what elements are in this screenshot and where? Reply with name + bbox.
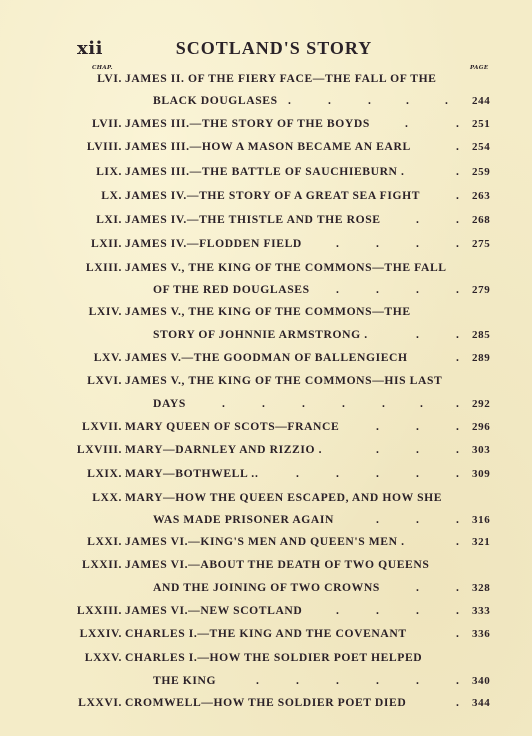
- dot-leader: .: [342, 396, 346, 412]
- dot-leader: .: [406, 93, 410, 109]
- dot-leader: .: [456, 442, 460, 458]
- chapter-title: JAMES IV.—THE STORY OF A GREAT SEA FIGHT: [125, 188, 420, 204]
- dot-leader: .: [456, 236, 460, 252]
- dot-leader: .: [302, 396, 306, 412]
- chapter-title: STORY OF JOHNNIE ARMSTRONG .: [153, 327, 368, 343]
- chapter-numeral: LVIII.: [87, 139, 122, 155]
- chapter-title: JAMES III.—HOW A MASON BECAME AN EARL: [125, 139, 411, 155]
- dot-leader: .: [376, 512, 380, 528]
- dot-leader: .: [416, 442, 420, 458]
- dot-leader: .: [376, 282, 380, 298]
- chapter-title: DAYS: [153, 396, 186, 412]
- toc-entry: LXXV.CHARLES I.—HOW THE SOLDIER POET HEL…: [0, 650, 532, 666]
- chapter-title: MARY—HOW THE QUEEN ESCAPED, AND HOW SHE: [125, 490, 442, 506]
- dot-leader: .: [416, 419, 420, 435]
- toc-entry: LXXVI.CROMWELL—HOW THE SOLDIER POET DIED…: [0, 695, 532, 711]
- chapter-title: JAMES IV.—FLODDEN FIELD: [125, 236, 302, 252]
- toc-entry: LXXI.JAMES VI.—KING'S MEN AND QUEEN'S ME…: [0, 534, 532, 550]
- chapter-title: OF THE RED DOUGLASES: [153, 282, 310, 298]
- dot-leader: .: [288, 93, 292, 109]
- dot-leader: .: [376, 603, 380, 619]
- page-number: 344: [472, 695, 490, 711]
- page-number: 279: [472, 282, 490, 298]
- chapter-numeral: LXIX.: [87, 466, 122, 482]
- toc-entry-continuation: BLACK DOUGLASES.....244: [0, 93, 532, 109]
- chapter-numeral: LXXIII.: [77, 603, 122, 619]
- chapter-numeral: LXX.: [92, 490, 122, 506]
- toc-entry-continuation: STORY OF JOHNNIE ARMSTRONG ...285: [0, 327, 532, 343]
- chapter-title: JAMES V., THE KING OF THE COMMONS—THE FA…: [125, 260, 447, 276]
- chapter-title: WAS MADE PRISONER AGAIN: [153, 512, 334, 528]
- page-number: 321: [472, 534, 490, 550]
- chapter-title: MARY—DARNLEY AND RIZZIO .: [125, 442, 322, 458]
- page-number: 309: [472, 466, 490, 482]
- dot-leader: .: [456, 282, 460, 298]
- toc-entry: LVIII.JAMES III.—HOW A MASON BECAME AN E…: [0, 139, 532, 155]
- page-number: 244: [472, 93, 490, 109]
- dot-leader: .: [328, 93, 332, 109]
- chapter-numeral: LXIV.: [89, 304, 122, 320]
- dot-leader: .: [336, 236, 340, 252]
- dot-leader: .: [336, 603, 340, 619]
- toc-entry: LXVI.JAMES V., THE KING OF THE COMMONS—H…: [0, 373, 532, 389]
- toc-entry-continuation: THE KING......340: [0, 673, 532, 689]
- chapter-numeral: LXXVI.: [78, 695, 122, 711]
- toc-entry: LVI.JAMES II. OF THE FIERY FACE—THE FALL…: [0, 71, 532, 87]
- page-number: 333: [472, 603, 490, 619]
- toc-entry: LXXIII.JAMES VI.—NEW SCOTLAND....333: [0, 603, 532, 619]
- chapter-numeral: LXIII.: [86, 260, 122, 276]
- dot-leader: .: [405, 116, 409, 132]
- dot-leader: .: [256, 673, 260, 689]
- chapter-title: JAMES V., THE KING OF THE COMMONS—THE: [125, 304, 411, 320]
- page-number: 254: [472, 139, 490, 155]
- chapter-numeral: LXXIV.: [80, 626, 122, 642]
- chapter-title: JAMES II. OF THE FIERY FACE—THE FALL OF …: [125, 71, 437, 87]
- toc-entry: LX.JAMES IV.—THE STORY OF A GREAT SEA FI…: [0, 188, 532, 204]
- chapter-numeral: LXVIII.: [77, 442, 122, 458]
- dot-leader: .: [368, 93, 372, 109]
- chapter-title: CROMWELL—HOW THE SOLDIER POET DIED: [125, 695, 406, 711]
- chapter-title: JAMES III.—THE BATTLE OF SAUCHIEBURN .: [125, 164, 405, 180]
- dot-leader: .: [456, 580, 460, 596]
- toc-entry: LVII.JAMES III.—THE STORY OF THE BOYDS..…: [0, 116, 532, 132]
- dot-leader: .: [336, 282, 340, 298]
- dot-leader: .: [456, 396, 460, 412]
- chapter-numeral: LVI.: [97, 71, 122, 87]
- toc-entry-continuation: DAYS.......292: [0, 396, 532, 412]
- toc-entry: LXII.JAMES IV.—FLODDEN FIELD....275: [0, 236, 532, 252]
- dot-leader: .: [456, 603, 460, 619]
- chapter-numeral: LIX.: [96, 164, 122, 180]
- chapter-numeral: LXV.: [94, 350, 122, 366]
- toc-entry: LXXIV.CHARLES I.—THE KING AND THE COVENA…: [0, 626, 532, 642]
- dot-leader: .: [336, 466, 340, 482]
- toc-entry: LXI.JAMES IV.—THE THISTLE AND THE ROSE..…: [0, 212, 532, 228]
- dot-leader: .: [456, 512, 460, 528]
- toc-entry-continuation: OF THE RED DOUGLASES....279: [0, 282, 532, 298]
- dot-leader: .: [416, 603, 420, 619]
- page-number: 259: [472, 164, 490, 180]
- dot-leader: .: [376, 466, 380, 482]
- dot-leader: .: [376, 442, 380, 458]
- chapter-numeral: LXXI.: [87, 534, 122, 550]
- toc-entry: LXIII.JAMES V., THE KING OF THE COMMONS—…: [0, 260, 532, 276]
- dot-leader: .: [456, 534, 460, 550]
- chapter-numeral: LXVII.: [82, 419, 122, 435]
- dot-leader: .: [456, 212, 460, 228]
- page-number: 336: [472, 626, 490, 642]
- dot-leader: .: [416, 512, 420, 528]
- dot-leader: .: [416, 282, 420, 298]
- chapter-title: JAMES IV.—THE THISTLE AND THE ROSE: [125, 212, 381, 228]
- dot-leader: .: [255, 466, 259, 482]
- toc-entry-continuation: AND THE JOINING OF TWO CROWNS..328: [0, 580, 532, 596]
- toc-entry: LXVII.MARY QUEEN OF SCOTS—FRANCE...296: [0, 419, 532, 435]
- dot-leader: .: [262, 396, 266, 412]
- chapter-numeral: LXXV.: [85, 650, 122, 666]
- dot-leader: .: [456, 626, 460, 642]
- dot-leader: .: [296, 466, 300, 482]
- toc-entry: LXXII.JAMES VI.—ABOUT THE DEATH OF TWO Q…: [0, 557, 532, 573]
- chapter-title: THE KING: [153, 673, 216, 689]
- chapter-numeral: LVII.: [92, 116, 122, 132]
- page-number: 292: [472, 396, 490, 412]
- dot-leader: .: [456, 327, 460, 343]
- toc-entry: LXIX.MARY—BOTHWELL .......309: [0, 466, 532, 482]
- dot-leader: .: [336, 673, 340, 689]
- page-number: 285: [472, 327, 490, 343]
- chapter-title: AND THE JOINING OF TWO CROWNS: [153, 580, 380, 596]
- chapter-numeral: LXII.: [91, 236, 122, 252]
- dot-leader: .: [416, 327, 420, 343]
- dot-leader: .: [416, 236, 420, 252]
- dot-leader: .: [456, 466, 460, 482]
- chapter-title: MARY QUEEN OF SCOTS—FRANCE: [125, 419, 339, 435]
- page-number: 275: [472, 236, 490, 252]
- dot-leader: .: [416, 212, 420, 228]
- dot-leader: .: [416, 673, 420, 689]
- dot-leader: .: [416, 466, 420, 482]
- dot-leader: .: [456, 695, 460, 711]
- chapter-title: BLACK DOUGLASES: [153, 93, 278, 109]
- page-number: 316: [472, 512, 490, 528]
- dot-leader: .: [456, 673, 460, 689]
- chapter-numeral: LXI.: [96, 212, 122, 228]
- chapter-numeral: LX.: [101, 188, 122, 204]
- dot-leader: .: [376, 673, 380, 689]
- page-number: 268: [472, 212, 490, 228]
- chapter-title: JAMES VI.—KING'S MEN AND QUEEN'S MEN .: [125, 534, 405, 550]
- dot-leader: .: [445, 93, 449, 109]
- chapter-title: JAMES V.—THE GOODMAN OF BALLENGIECH: [125, 350, 408, 366]
- chapter-title: JAMES VI.—NEW SCOTLAND: [125, 603, 302, 619]
- book-page: xii SCOTLAND'S STORY CHAP. PAGE LVI.JAME…: [0, 0, 532, 736]
- chapter-title: JAMES VI.—ABOUT THE DEATH OF TWO QUEENS: [125, 557, 429, 573]
- dot-leader: .: [456, 188, 460, 204]
- toc-entry: LXX.MARY—HOW THE QUEEN ESCAPED, AND HOW …: [0, 490, 532, 506]
- chapter-numeral: LXXII.: [82, 557, 122, 573]
- page-number: 251: [472, 116, 490, 132]
- dot-leader: .: [416, 580, 420, 596]
- dot-leader: .: [456, 350, 460, 366]
- dot-leader: .: [456, 139, 460, 155]
- dot-leader: .: [296, 673, 300, 689]
- toc-entry-continuation: WAS MADE PRISONER AGAIN...316: [0, 512, 532, 528]
- chapter-title: CHARLES I.—THE KING AND THE COVENANT: [125, 626, 407, 642]
- chapter-title: JAMES V., THE KING OF THE COMMONS—HIS LA…: [125, 373, 442, 389]
- page-number: 296: [472, 419, 490, 435]
- dot-leader: .: [376, 236, 380, 252]
- page-number: 340: [472, 673, 490, 689]
- dot-leader: .: [456, 116, 460, 132]
- toc-entry: LXVIII.MARY—DARNLEY AND RIZZIO ....303: [0, 442, 532, 458]
- toc-entry: LXIV.JAMES V., THE KING OF THE COMMONS—T…: [0, 304, 532, 320]
- dot-leader: .: [456, 419, 460, 435]
- dot-leader: .: [382, 396, 386, 412]
- chapter-title: MARY—BOTHWELL .: [125, 466, 255, 482]
- toc-entry: LXV.JAMES V.—THE GOODMAN OF BALLENGIECH.…: [0, 350, 532, 366]
- chapter-title: JAMES III.—THE STORY OF THE BOYDS: [125, 116, 370, 132]
- dot-leader: .: [456, 164, 460, 180]
- chapter-title: CHARLES I.—HOW THE SOLDIER POET HELPED: [125, 650, 422, 666]
- running-title: SCOTLAND'S STORY: [0, 38, 532, 59]
- dot-leader: .: [376, 419, 380, 435]
- page-number: 263: [472, 188, 490, 204]
- page-number: 303: [472, 442, 490, 458]
- dot-leader: .: [222, 396, 226, 412]
- page-number: 289: [472, 350, 490, 366]
- toc-entry: LIX.JAMES III.—THE BATTLE OF SAUCHIEBURN…: [0, 164, 532, 180]
- chapter-numeral: LXVI.: [87, 373, 122, 389]
- dot-leader: .: [420, 396, 424, 412]
- page-number: 328: [472, 580, 490, 596]
